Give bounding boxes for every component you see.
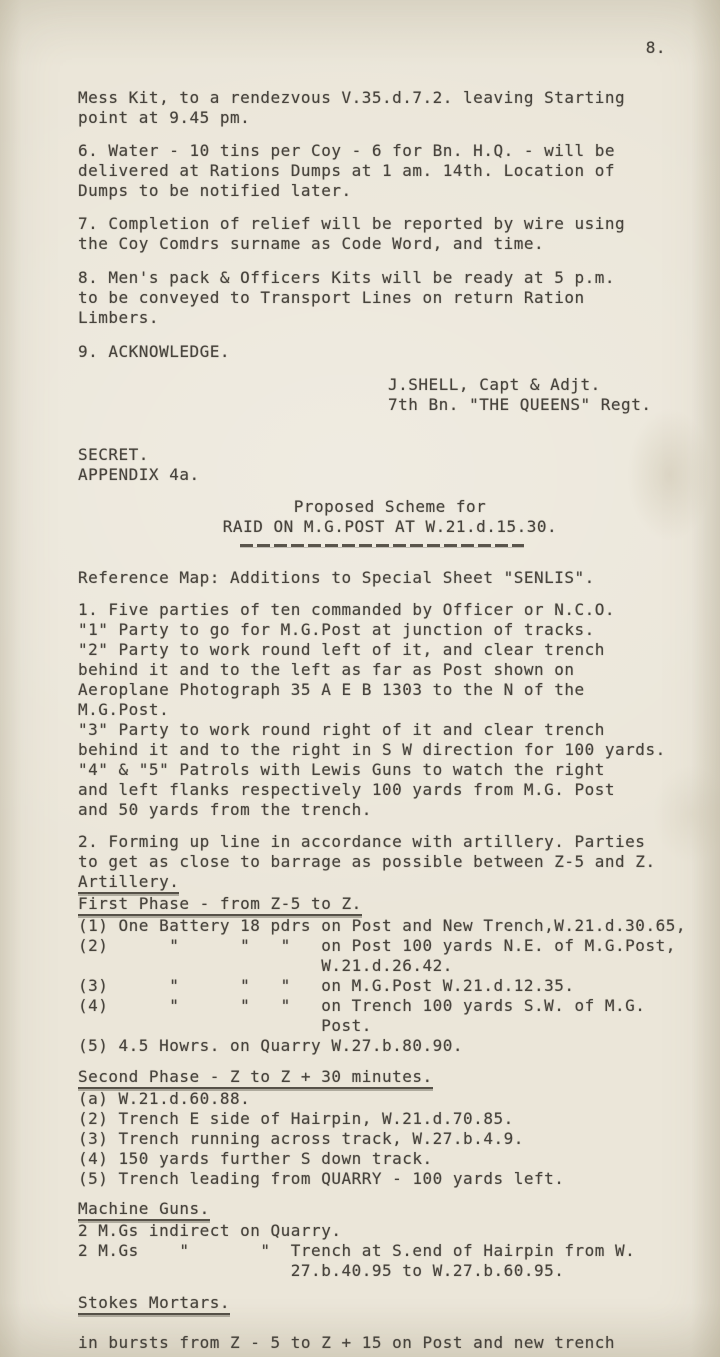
first-phase-lines: (1) One Battery 18 pdrs on Post and New …: [78, 916, 702, 1056]
document-page: 8. Mess Kit, to a rendezvous V.35.d.7.2.…: [0, 0, 720, 1357]
stokes-mortars-line: in bursts from Z - 5 to Z + 15 on Post a…: [78, 1333, 702, 1353]
para-item-8: 8. Men's pack & Officers Kits will be re…: [78, 268, 702, 328]
second-phase-heading: Second Phase - Z to Z + 30 minutes.: [78, 1067, 702, 1089]
machine-guns-heading: Machine Guns.: [78, 1199, 702, 1221]
para-item-1-parties: 1. Five parties of ten commanded by Offi…: [78, 600, 702, 820]
title-dashed-rule: [240, 543, 524, 547]
classification-block: SECRET. APPENDIX 4a.: [78, 445, 702, 485]
scheme-title: Proposed Scheme for RAID ON M.G.POST AT …: [78, 497, 702, 537]
stokes-mortars-heading: Stokes Mortars.: [78, 1293, 702, 1315]
document-content: Mess Kit, to a rendezvous V.35.d.7.2. le…: [78, 88, 702, 1353]
page-number: 8.: [646, 38, 666, 58]
para-item-7: 7. Completion of relief will be reported…: [78, 214, 702, 254]
machine-guns-lines: 2 M.Gs indirect on Quarry. 2 M.Gs " " Tr…: [78, 1221, 702, 1281]
reference-map-line: Reference Map: Additions to Special Shee…: [78, 568, 702, 588]
second-phase-lines: (a) W.21.d.60.88. (2) Trench E side of H…: [78, 1089, 702, 1189]
para-item-2-forming-up: 2. Forming up line in accordance with ar…: [78, 832, 702, 872]
first-phase-heading: First Phase - from Z-5 to Z.: [78, 894, 702, 916]
para-item-6: 6. Water - 10 tins per Coy - 6 for Bn. H…: [78, 141, 702, 201]
para-mess-kit: Mess Kit, to a rendezvous V.35.d.7.2. le…: [78, 88, 702, 128]
artillery-heading: Artillery.: [78, 872, 702, 894]
para-item-9: 9. ACKNOWLEDGE.: [78, 342, 702, 362]
signature-block: J.SHELL, Capt & Adjt. 7th Bn. "THE QUEEN…: [388, 375, 702, 415]
